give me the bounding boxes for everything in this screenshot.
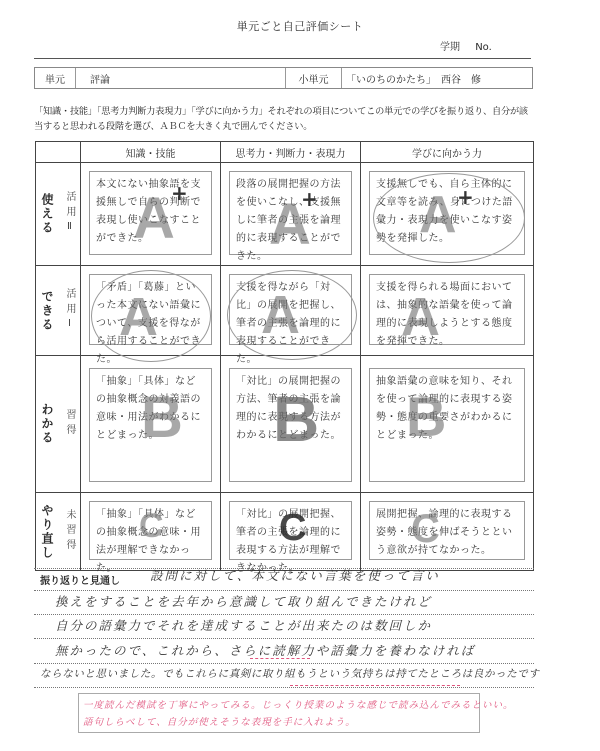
rubric-cell[interactable]: 「抽象」「具体」などの抽象概念の対義語の意味・用法がわかるにとどまった。 B bbox=[81, 356, 221, 493]
level-cell: やり直し未習得 bbox=[36, 493, 81, 571]
level-label: できる bbox=[39, 290, 56, 332]
level-cell: できる活用Ⅰ bbox=[36, 266, 81, 356]
teacher-comment-line-2: 語句しらべして、自分が使えそうな表現を手に入れよう。 bbox=[83, 714, 356, 728]
handwritten-line-1: 設問に対して、本文にない言葉を使って言い bbox=[150, 566, 440, 584]
instructions-line-2: 当すると思われる段階を選び、ＡＢＣを大きく丸で囲んでください。 bbox=[34, 119, 534, 134]
table-row: やり直し未習得 「抽象」「具体」などの抽象概念の意味・用法が理解できなかった。 … bbox=[36, 493, 534, 571]
ruled-line bbox=[34, 614, 534, 615]
rubric-cell[interactable]: 支援を得られる場面においては、抽象的な語彙を使って論理的に表現しようとする態度を… bbox=[361, 266, 534, 356]
rubric-text: 支援無しでも、自ら主体的に文章等を読み、身につけた語彙力・表現力を使いこなす姿勢… bbox=[369, 171, 525, 255]
header-thinking-judgment: 思考力・判断力・表現力 bbox=[221, 142, 361, 163]
evaluation-table: 知識・技能 思考力・判断力・表現力 学びに向かう力 使える活用Ⅱ 本文にない抽象… bbox=[35, 141, 534, 571]
rubric-cell[interactable]: 抽象語彙の意味を知り、それを使って論理的に表現する姿勢・態度の重要さがわかるにと… bbox=[361, 356, 534, 493]
table-row: わかる習得 「抽象」「具体」などの抽象概念の対義語の意味・用法がわかるにとどまっ… bbox=[36, 356, 534, 493]
plus-mark: + bbox=[171, 181, 188, 205]
ruled-line bbox=[34, 590, 534, 591]
instructions-line-1: 「知識・技能」「思考力判断力表現力」「学びに向かう力」それぞれの項目についてこの… bbox=[34, 104, 534, 119]
rubric-text: 「抽象」「具体」などの抽象概念の意味・用法が理解できなかった。 bbox=[89, 501, 212, 560]
header-corner bbox=[36, 142, 81, 163]
teacher-underline bbox=[290, 681, 460, 686]
level-sub: 活用Ⅱ bbox=[62, 191, 77, 237]
header-learning-attitude: 学びに向かう力 bbox=[361, 142, 534, 163]
level-label: わかる bbox=[39, 403, 56, 445]
level-sub: 活用Ⅰ bbox=[62, 288, 77, 334]
level-cell: 使える活用Ⅱ bbox=[36, 163, 81, 266]
plus-mark: + bbox=[301, 187, 318, 211]
level-sub: 未習得 bbox=[62, 509, 77, 554]
handwritten-line-2: 換えをすることを去年から意識して取り組んできたけれど bbox=[55, 592, 432, 610]
table-row: 使える活用Ⅱ 本文にない抽象語を支援無しで自らの判断で表現し使いこなすことができ… bbox=[36, 163, 534, 266]
subunit-value: 「いのちのかたち」 西谷 修 bbox=[342, 68, 532, 88]
handwritten-line-3: 自分の語彙力でそれを達成することが出来たのは数回しか bbox=[55, 616, 432, 634]
teacher-underline bbox=[250, 654, 310, 659]
term-label: 学期 bbox=[440, 42, 460, 53]
instructions: 「知識・技能」「思考力判断力表現力」「学びに向かう力」それぞれの項目についてこの… bbox=[34, 104, 534, 134]
level-sub: 習得 bbox=[62, 409, 77, 439]
rubric-text: 支援を得ながら「対比」の展開を把握し、筆者の主張を論理的に表現することができた。 bbox=[229, 274, 352, 345]
rubric-text: 抽象語彙の意味を知り、それを使って論理的に表現する姿勢・態度の重要さがわかるにと… bbox=[369, 368, 525, 482]
rubric-cell[interactable]: 展開把握、論理的に表現する姿勢・態度を伸ばそうとという意欲が持てなかった。 C bbox=[361, 493, 534, 571]
rubric-cell[interactable]: 本文にない抽象語を支援無しで自らの判断で表現し使いこなすことができた。 A + bbox=[81, 163, 221, 266]
plus-mark: + bbox=[457, 185, 474, 209]
rubric-cell[interactable]: 「抽象」「具体」などの抽象概念の意味・用法が理解できなかった。 C bbox=[81, 493, 221, 571]
ruled-line bbox=[34, 663, 534, 664]
teacher-comment-box: 一度読んだ模試を丁寧にやってみる。じっくり授業のような感じで読み込んでみるといい… bbox=[78, 693, 480, 733]
rubric-cell[interactable]: 「対比」の展開把握の方法、筆者の主張を論理的に表現する方法がわかるにとどまった。… bbox=[221, 356, 361, 493]
table-header-row: 知識・技能 思考力・判断力・表現力 学びに向かう力 bbox=[36, 142, 534, 163]
level-label: 使える bbox=[39, 193, 56, 235]
header-rule bbox=[34, 58, 531, 59]
rubric-text: 「対比」の展開把握、筆者の主張を論理的に表現する方法が理解できなかった。 bbox=[229, 501, 352, 560]
unit-bar: 単元 評論 小単元 「いのちのかたち」 西谷 修 bbox=[34, 67, 533, 89]
no-label: No. bbox=[475, 42, 492, 53]
ruled-line bbox=[34, 687, 534, 688]
subunit-label: 小単元 bbox=[286, 68, 342, 88]
unit-label: 単元 bbox=[35, 68, 76, 88]
rubric-cell-circled[interactable]: 支援無しでも、自ら主体的に文章等を読み、身につけた語彙力・表現力を使いこなす姿勢… bbox=[361, 163, 534, 266]
level-label: やり直し bbox=[39, 504, 56, 560]
rubric-text: 展開把握、論理的に表現する姿勢・態度を伸ばそうとという意欲が持てなかった。 bbox=[369, 501, 525, 560]
reflection-label: 振り返りと見通し bbox=[40, 572, 120, 587]
rubric-text: 「対比」の展開把握の方法、筆者の主張を論理的に表現する方法がわかるにとどまった。 bbox=[229, 368, 352, 482]
sheet-title: 単元ごと自己評価シート bbox=[0, 18, 600, 34]
ruled-line bbox=[34, 638, 534, 639]
rubric-cell-circled[interactable]: 支援を得ながら「対比」の展開を把握し、筆者の主張を論理的に表現することができた。… bbox=[221, 266, 361, 356]
rubric-cell[interactable]: 段落の展開把握の方法を使いこなし、支援無しに筆者の主張を論理的に表現することがで… bbox=[221, 163, 361, 266]
handwritten-line-5: ならないと思いました。でもこれらに真剣に取り組もうという気持ちは持てたところは良… bbox=[40, 666, 540, 681]
rubric-text: 本文にない抽象語を支援無しで自らの判断で表現し使いこなすことができた。 bbox=[89, 171, 212, 255]
table-row: できる活用Ⅰ 「矛盾」「葛藤」といった本文にない語彙について、支援を得ながら活用… bbox=[36, 266, 534, 356]
level-cell: わかる習得 bbox=[36, 356, 81, 493]
teacher-comment-line-1: 一度読んだ模試を丁寧にやってみる。じっくり授業のような感じで読み込んでみるといい… bbox=[83, 697, 514, 711]
header-knowledge-skills: 知識・技能 bbox=[81, 142, 221, 163]
rubric-text: 段落の展開把握の方法を使いこなし、支援無しに筆者の主張を論理的に表現することがで… bbox=[229, 171, 352, 255]
rubric-cell-circled[interactable]: 「矛盾」「葛藤」といった本文にない語彙について、支援を得ながら活用することができ… bbox=[81, 266, 221, 356]
rubric-text: 支援を得られる場面においては、抽象的な語彙を使って論理的に表現しようとする態度を… bbox=[369, 274, 525, 345]
rubric-text: 「抽象」「具体」などの抽象概念の対義語の意味・用法がわかるにとどまった。 bbox=[89, 368, 212, 482]
term-number: 学期 No. bbox=[440, 38, 504, 53]
rubric-cell[interactable]: 「対比」の展開把握、筆者の主張を論理的に表現する方法が理解できなかった。 C bbox=[221, 493, 361, 571]
unit-value: 評論 bbox=[76, 68, 286, 88]
rubric-text: 「矛盾」「葛藤」といった本文にない語彙について、支援を得ながら活用することができ… bbox=[89, 274, 212, 345]
